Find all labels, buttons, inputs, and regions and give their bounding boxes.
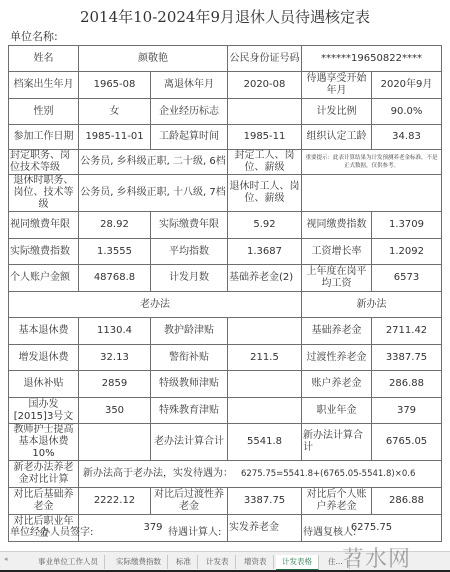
retire-date-value[interactable]: 2020-08 bbox=[228, 72, 302, 99]
old-total-label: 老办法计算合计 bbox=[151, 424, 228, 461]
account-pension-label: 账户养老金 bbox=[302, 371, 372, 398]
position-label: 封定职务、岗位技术等级 bbox=[9, 150, 79, 175]
cmp-account-label: 对比后个人账户养老金 bbox=[302, 488, 372, 515]
enterprise-label: 企业经历标志 bbox=[151, 99, 228, 125]
basic-pension-value[interactable]: 2711.42 bbox=[372, 318, 442, 345]
extra-retire-label: 增发退休费 bbox=[9, 345, 79, 371]
deemed-index-value[interactable]: 1.3709 bbox=[372, 212, 442, 239]
guobanfa-value[interactable]: 350 bbox=[79, 398, 151, 424]
work-start-label: 参加工作日期 bbox=[9, 125, 79, 150]
sheet-tab-4[interactable]: 增资表 bbox=[238, 555, 274, 569]
deemed-years-value[interactable]: 28.92 bbox=[79, 212, 151, 239]
wage-growth-value[interactable]: 1.2092 bbox=[372, 239, 442, 265]
worker-label: 封定工人、岗位、薪级 bbox=[228, 150, 302, 175]
retire-date-label: 离退休年月 bbox=[151, 72, 228, 99]
sheet-tab-2[interactable]: 标准 bbox=[170, 555, 198, 569]
special-edu-value[interactable] bbox=[228, 398, 302, 424]
account-pension-value[interactable]: 286.88 bbox=[372, 371, 442, 398]
retire-subsidy-value[interactable]: 2859 bbox=[79, 371, 151, 398]
comparison-cell: 新办法高于老办法，实发待遇为：6275.75=5541.8+(6765.05-5… bbox=[79, 461, 442, 488]
ratio-label: 计发比例 bbox=[302, 99, 372, 125]
handler-signature-label: 单位经办人员签字: bbox=[10, 523, 93, 538]
occupational-value[interactable]: 379 bbox=[372, 398, 442, 424]
cmp-account-value[interactable]: 286.88 bbox=[372, 488, 442, 515]
actual-index-label: 实际缴费指数 bbox=[9, 239, 79, 265]
prev-avg-wage-label: 上年度在岗平均工资 bbox=[302, 265, 372, 292]
account-label: 个人账户金额 bbox=[9, 265, 79, 292]
special-edu-label: 特殊教育津贴 bbox=[151, 398, 228, 424]
comparison-formula: 6275.75=5541.8+(6765.05-5541.8)×0.6 bbox=[241, 469, 415, 479]
name-value[interactable]: 颜敬艳 bbox=[79, 46, 228, 72]
avg-index-value[interactable]: 1.3687 bbox=[228, 239, 302, 265]
name-label: 姓名 bbox=[9, 46, 79, 72]
seniority-start-label: 工龄起算时间 bbox=[151, 125, 228, 150]
police-value[interactable]: 211.5 bbox=[228, 345, 302, 371]
position-value[interactable]: 公务员, 乡科级正职, 二十级, 6档 bbox=[79, 150, 228, 175]
scroll-left-icon[interactable]: ◂ bbox=[4, 555, 8, 563]
teach-nurse-value[interactable] bbox=[228, 318, 302, 345]
seniority-start-value[interactable]: 1985-11 bbox=[228, 125, 302, 150]
basic-pension2-label: 基础养老金(2) bbox=[228, 265, 302, 292]
comparison-text: 新办法高于老办法，实发待遇为： bbox=[83, 468, 233, 479]
benefit-start-label: 待遇享受开始年月 bbox=[302, 72, 372, 99]
new-method-header: 新办法 bbox=[302, 292, 442, 318]
gender-label: 性别 bbox=[9, 99, 79, 125]
retire-position-value[interactable]: 公务员, 乡科级正职, 十八级, 7档 bbox=[79, 175, 228, 212]
gender-value[interactable]: 女 bbox=[79, 99, 151, 125]
guobanfa-label: 国办发[2015]3号文 bbox=[9, 398, 79, 424]
retire-position-label: 退休时职务、岗位、技术等级 bbox=[9, 175, 79, 212]
occupational-label: 职业年金 bbox=[302, 398, 372, 424]
birth-label: 档案出生年月 bbox=[9, 72, 79, 99]
page-title: 2014年10-2024年9月退休人员待遇核定表 bbox=[0, 6, 450, 27]
birth-value[interactable]: 1965-08 bbox=[79, 72, 151, 99]
retire-worker-value[interactable] bbox=[302, 175, 442, 212]
basic-pension-label: 基础养老金 bbox=[302, 318, 372, 345]
id-value[interactable]: ******19650822**** bbox=[302, 46, 442, 72]
retire-subsidy-label: 退休补贴 bbox=[9, 371, 79, 398]
special-teacher-value[interactable] bbox=[228, 371, 302, 398]
cmp-basic-label: 对比后基础养老金 bbox=[9, 488, 79, 515]
old-method-header: 老办法 bbox=[9, 292, 302, 318]
ratio-value[interactable]: 90.0% bbox=[372, 99, 442, 125]
org-seniority-value[interactable]: 34.83 bbox=[372, 125, 442, 150]
actual-index-value[interactable]: 1.3555 bbox=[79, 239, 151, 265]
cmp-basic-value[interactable]: 2222.12 bbox=[79, 488, 151, 515]
comparison-label: 新老办法养老金对比计算 bbox=[9, 461, 79, 488]
watermark-logo: 苕水网 bbox=[342, 542, 411, 572]
transition-value[interactable]: 3387.75 bbox=[372, 345, 442, 371]
new-total-value[interactable]: 6765.05 bbox=[372, 424, 442, 461]
special-teacher-label: 特级教师津贴 bbox=[151, 371, 228, 398]
org-seniority-label: 组织认定工龄 bbox=[302, 125, 372, 150]
sheet-tab-1[interactable]: 实际缴费指数 bbox=[110, 555, 168, 569]
prev-avg-wage-value[interactable]: 6573 bbox=[372, 265, 442, 292]
enterprise-value[interactable] bbox=[228, 99, 302, 125]
benefit-start-value[interactable]: 2020年9月 bbox=[372, 72, 442, 99]
deemed-index-label: 视同缴费指数 bbox=[302, 212, 372, 239]
pension-form-table: 姓名 颜敬艳 公民身份证号码 ******19650822**** 档案出生年月… bbox=[8, 45, 442, 542]
sheet-tab-0[interactable]: 事业单位工作人员 bbox=[32, 555, 105, 569]
calculator-label: 待遇计算人: bbox=[168, 523, 221, 538]
cmp-transition-value[interactable]: 3387.75 bbox=[228, 488, 302, 515]
teacher-nurse-10-value[interactable] bbox=[79, 424, 151, 461]
deemed-years-label: 视同缴费年限 bbox=[9, 212, 79, 239]
id-label: 公民身份证号码 bbox=[228, 46, 302, 72]
retire-worker-label: 退休时工人、岗位、薪级 bbox=[228, 175, 302, 212]
actual-pension-label: 实发养老金 bbox=[228, 515, 302, 542]
account-value[interactable]: 48768.8 bbox=[79, 265, 151, 292]
teacher-nurse-10-label: 教师护士提高基本退休费10% bbox=[9, 424, 79, 461]
months-label: 计发月数 bbox=[151, 265, 228, 292]
work-start-value[interactable]: 1985-11-01 bbox=[79, 125, 151, 150]
police-label: 警衔补贴 bbox=[151, 345, 228, 371]
basic-retire-label: 基本退休费 bbox=[9, 318, 79, 345]
avg-index-label: 平均指数 bbox=[151, 239, 228, 265]
new-total-label: 新办法计算合计 bbox=[302, 424, 372, 461]
actual-years-value[interactable]: 5.92 bbox=[228, 212, 302, 239]
actual-years-label: 实际缴费年限 bbox=[151, 212, 228, 239]
basic-retire-value[interactable]: 1130.4 bbox=[79, 318, 151, 345]
wage-growth-label: 工资增长率 bbox=[302, 239, 372, 265]
sheet-tab-5-active[interactable]: 计发表格 bbox=[276, 555, 319, 571]
cmp-transition-label: 对比后过渡性养老金 bbox=[151, 488, 228, 515]
teach-nurse-label: 教护龄津贴 bbox=[151, 318, 228, 345]
sheet-tab-3[interactable]: 计发表 bbox=[200, 555, 236, 569]
unit-name-label: 单位名称: bbox=[10, 28, 58, 44]
reviewer-label: 待遇复核人: bbox=[303, 523, 356, 538]
warning-note: 重要提示：此表计算结果为计发预测养老金标准，不是正式数据，仅供参考。 bbox=[302, 150, 442, 175]
extra-retire-value[interactable]: 32.13 bbox=[79, 345, 151, 371]
transition-label: 过渡性养老金 bbox=[302, 345, 372, 371]
old-total-value[interactable]: 5541.8 bbox=[228, 424, 302, 461]
